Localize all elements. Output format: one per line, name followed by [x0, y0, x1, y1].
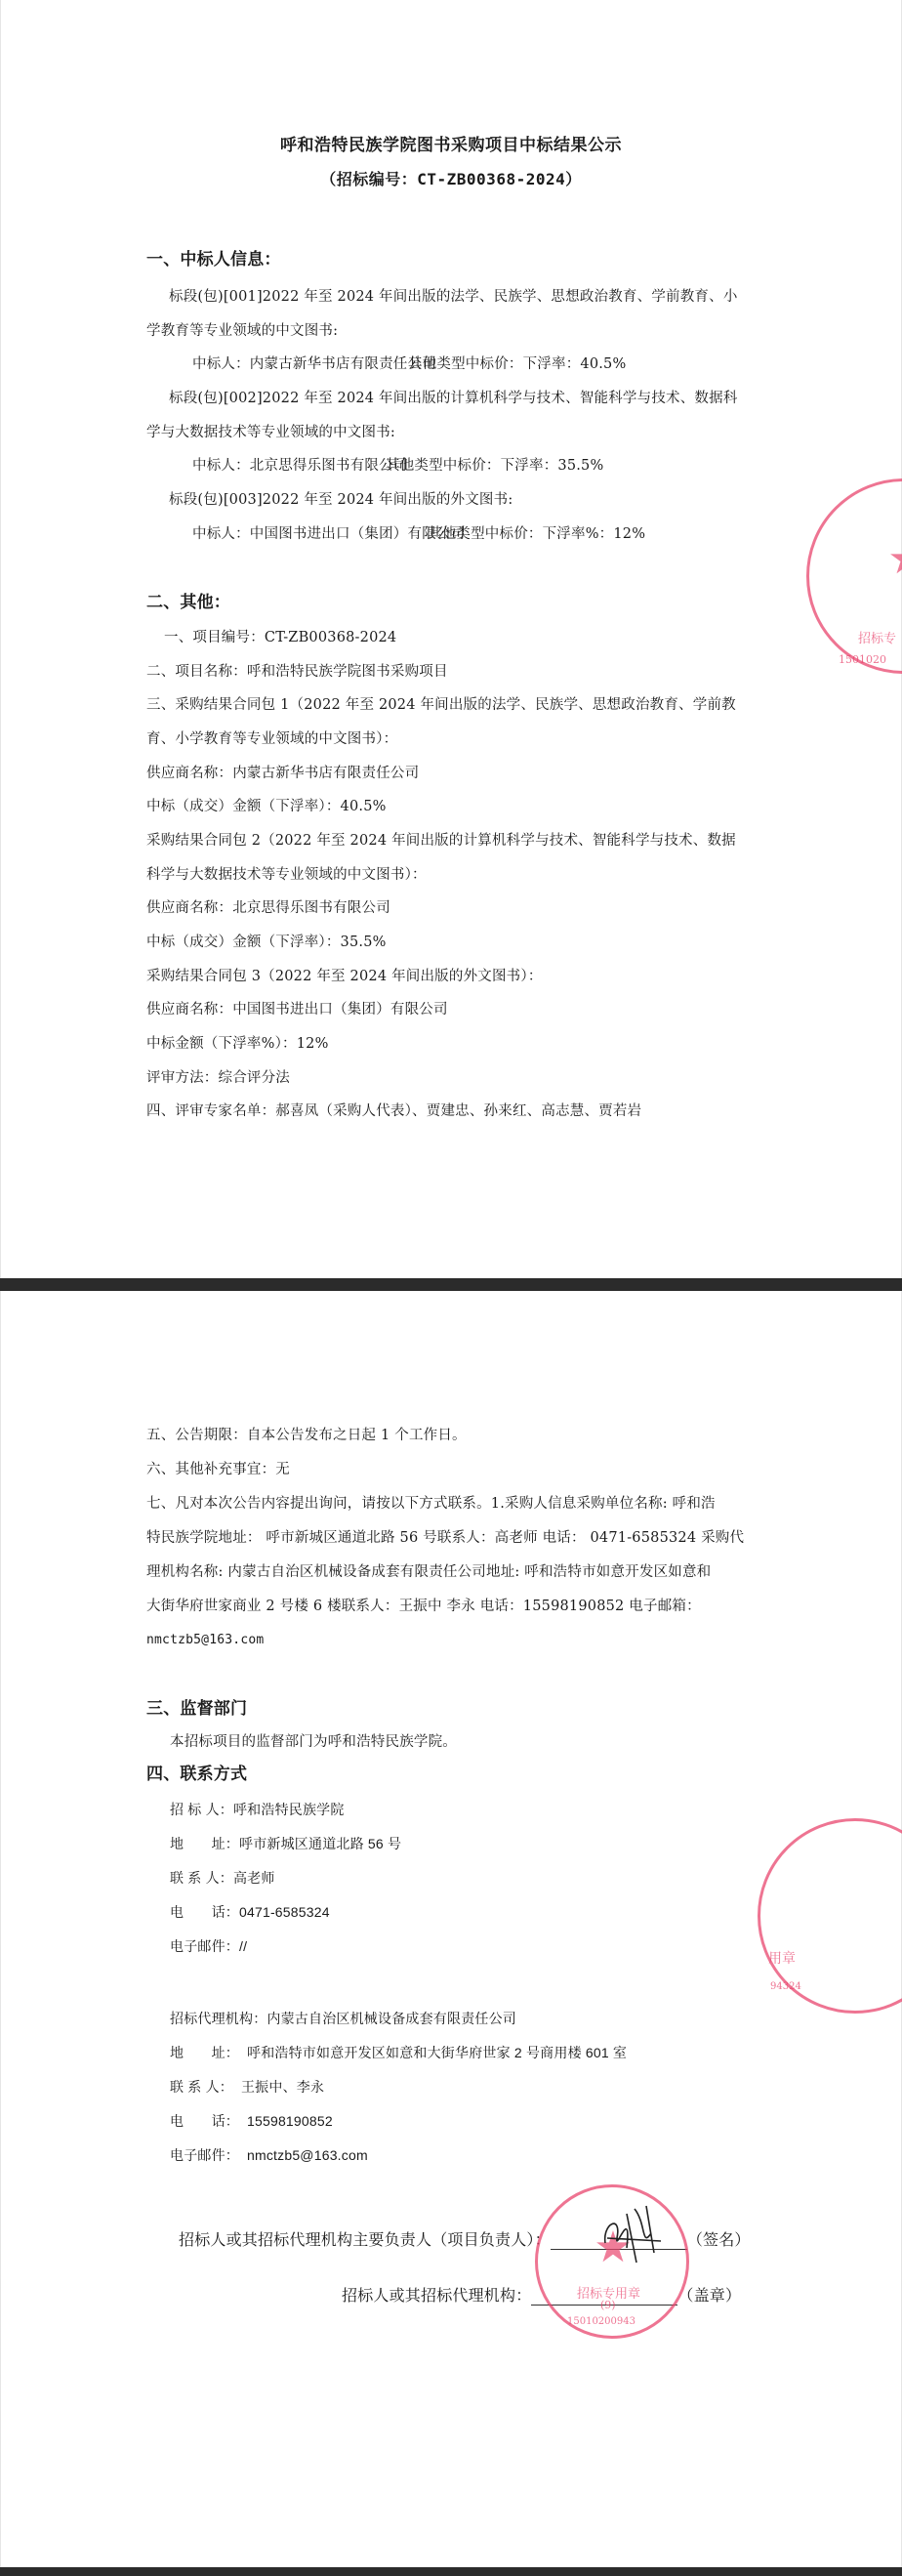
row-label: 电 话： — [170, 1904, 239, 1920]
package-3-amount: 中标金额（下浮率%）：12% — [146, 1034, 329, 1054]
agency-address-row: 地 址：呼和浩特市如意开发区如意和大街华府世家 2 号商用楼 601 室 — [170, 2043, 627, 2062]
row-value: 15598190852 — [247, 2113, 333, 2129]
package-2-title: 采购结果合同包 2（2022 年至 2024 年间出版的计算机科学与技术、智能科… — [146, 831, 736, 851]
tenderer-phone-row: 电 话：0471-6585324 — [170, 1902, 330, 1922]
lot-3-winner: 中标人：中国图书进出口（集团）有限公司 — [192, 524, 465, 544]
signature-label: 招标人或其招标代理机构主要负责人（项目负责人）： — [179, 2230, 551, 2249]
package-2-title-cont: 科学与大数据技术等专业领域的中文图书）： — [146, 865, 427, 885]
lot-2-desc-cont: 学与大数据技术等专业领域的中文图书: — [146, 423, 395, 442]
tenderer-contact-row: 联 系 人：高老师 — [170, 1868, 275, 1888]
page-edge — [0, 1291, 1, 2567]
star-icon: ★ — [878, 538, 902, 581]
page-edge — [0, 0, 1, 1278]
inquiry-contact: 七、凡对本次公告内容提出询问，请按以下方式联系。1.采购人信息采购单位名称: 呼… — [146, 1494, 716, 1514]
notice-period: 五、公告期限：自本公告发布之日起 1 个工作日。 — [146, 1426, 467, 1445]
page-separator — [0, 2567, 902, 2576]
package-1-supplier: 供应商名称：内蒙古新华书店有限责任公司 — [146, 764, 419, 783]
package-2-amount: 中标（成交）金额（下浮率）：35.5% — [146, 933, 387, 952]
row-label: 电子邮件： — [170, 1938, 239, 1954]
agency-phone-row: 电 话：15598190852 — [170, 2111, 333, 2131]
seal-suffix: （盖章） — [677, 2286, 741, 2305]
lot-1-winner: 中标人：内蒙古新华书店有限责任公司 — [192, 354, 436, 374]
section-heading-winner-info: 一、中标人信息： — [146, 250, 281, 270]
row-label: 招 标 人： — [170, 1802, 233, 1817]
package-1-title: 三、采购结果合同包 1（2022 年至 2024 年间出版的法学、民族学、思想政… — [146, 695, 736, 715]
package-1-amount: 中标（成交）金额（下浮率）：40.5% — [146, 797, 387, 816]
row-label: 地 址： — [170, 2045, 239, 2060]
tender-number: （招标编号：CT-ZB00368-2024） — [0, 170, 902, 189]
other-matters: 六、其他补充事宜：无 — [146, 1460, 290, 1479]
lot-1-price: 其他类型中标价：下浮率：40.5% — [408, 354, 626, 374]
tenderer-name-row: 招 标 人：呼和浩特民族学院 — [170, 1800, 345, 1819]
handwritten-signature — [597, 2194, 666, 2267]
page-2: 五、公告期限：自本公告发布之日起 1 个工作日。 六、其他补充事宜：无 七、凡对… — [0, 1291, 902, 2567]
row-value: 0471-6585324 — [239, 1904, 330, 1920]
section-heading-supervision: 三、监督部门 — [146, 1699, 247, 1719]
package-3-supplier: 供应商名称：中国图书进出口（集团）有限公司 — [146, 1000, 448, 1019]
agency-stamp-side: 用章 94324 — [758, 1818, 902, 2014]
row-label: 电子邮件： — [170, 2147, 239, 2163]
expert-list: 四、评审专家名单：郝喜凤（采购人代表）、贾建忠、孙来红、高志慧、贾若岩 — [146, 1101, 641, 1121]
inquiry-contact-cont-1: 特民族学院地址： 呼市新城区通道北路 56 号联系人：高老师 电话： 0471-… — [146, 1528, 744, 1548]
row-value: 高老师 — [233, 1870, 275, 1886]
row-value: nmctzb5@163.com — [247, 2147, 368, 2163]
page-1: 呼和浩特民族学院图书采购项目中标结果公示 （招标编号：CT-ZB00368-20… — [0, 0, 902, 1278]
signature-suffix: （签名） — [687, 2230, 751, 2249]
agency-contact-row: 联 系 人：王振中、李永 — [170, 2077, 324, 2097]
row-value: 呼和浩特民族学院 — [233, 1802, 345, 1817]
lot-2-desc: 标段(包)[002]2022 年至 2024 年间出版的计算机科学与技术、智能科… — [169, 389, 738, 408]
project-number: 一、项目编号：CT-ZB00368-2024 — [164, 628, 396, 647]
project-name: 二、项目名称：呼和浩特民族学院图书采购项目 — [146, 662, 448, 682]
evaluation-method: 评审方法：综合评分法 — [146, 1068, 290, 1088]
package-1-title-cont: 育、小学教育等专业领域的中文图书）： — [146, 729, 397, 749]
row-label: 联 系 人： — [170, 1870, 233, 1886]
row-label: 地 址： — [170, 1836, 239, 1851]
row-label: 电 话： — [170, 2113, 239, 2129]
package-3-title: 采购结果合同包 3（2022 年至 2024 年间出版的外文图书）： — [146, 967, 543, 986]
supervision-text: 本招标项目的监督部门为呼和浩特民族学院。 — [170, 1732, 457, 1752]
section-heading-contact: 四、联系方式 — [146, 1765, 247, 1784]
row-value: 呼和浩特市如意开发区如意和大街华府世家 2 号商用楼 601 室 — [247, 2045, 627, 2060]
row-value: 呼市新城区通道北路 56 号 — [239, 1836, 401, 1851]
seal-label: 招标人或其招标代理机构： — [342, 2286, 531, 2305]
row-label: 联 系 人： — [170, 2079, 233, 2095]
lot-2-price: 其他类型中标价：下浮率：35.5% — [386, 456, 603, 476]
row-value: // — [239, 1938, 247, 1954]
lot-1-desc-cont: 学教育等专业领域的中文图书: — [146, 321, 338, 341]
inquiry-contact-cont-2: 理机构名称: 内蒙古自治区机械设备成套有限责任公司地址: 呼和浩特市如意开发区如… — [146, 1562, 711, 1582]
lot-3-price: 其他类型中标价：下浮率%：12% — [428, 524, 645, 544]
official-stamp: ★ 招标专 1501020 — [806, 478, 902, 674]
page-separator — [0, 1278, 902, 1291]
lot-3-desc: 标段(包)[003]2022 年至 2024 年间出版的外文图书: — [169, 490, 512, 510]
agency-name: 招标代理机构：内蒙古自治区机械设备成套有限责任公司 — [170, 2009, 516, 2028]
lot-1-desc: 标段(包)[001]2022 年至 2024 年间出版的法学、民族学、思想政治教… — [169, 287, 738, 307]
section-heading-other: 二、其他： — [146, 593, 230, 612]
tenderer-email-row: 电子邮件：// — [170, 1936, 247, 1956]
agency-email-row: 电子邮件：nmctzb5@163.com — [170, 2145, 368, 2165]
row-value: 王振中、李永 — [241, 2079, 324, 2095]
tenderer-address-row: 地 址：呼市新城区通道北路 56 号 — [170, 1834, 401, 1853]
lot-2-winner: 中标人：北京思得乐图书有限公司 — [192, 456, 408, 476]
package-2-supplier: 供应商名称：北京思得乐图书有限公司 — [146, 898, 390, 918]
agency-email: nmctzb5@163.com — [146, 1631, 264, 1650]
document-title: 呼和浩特民族学院图书采购项目中标结果公示 — [0, 136, 902, 155]
inquiry-contact-cont-3: 大街华府世家商业 2 号楼 6 楼联系人：王振中 李永 电话：155981908… — [146, 1597, 701, 1616]
